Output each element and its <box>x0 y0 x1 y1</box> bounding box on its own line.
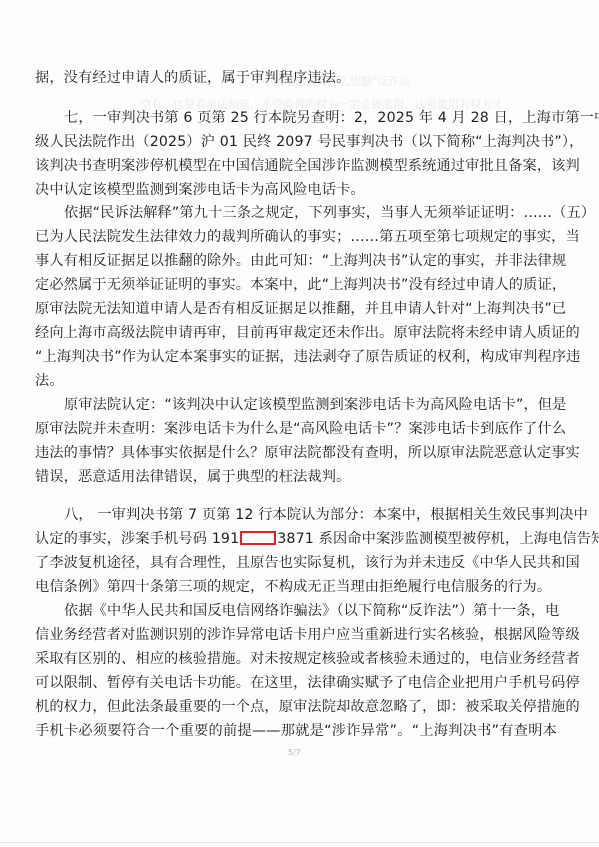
page-number: 5/7 <box>288 748 301 757</box>
text-line: 采取有区别的、相应的核验措施。对未按规定核验或者核验未通过的，电信业务经营者 <box>35 649 557 669</box>
text-line: 原审法院并未查明：案涉电话卡为什么是“高风险电话卡”？案涉电话卡到底作了什么 <box>35 419 557 439</box>
text-line: 手机卡必须要符合一个重要的前提——那就是“涉诈异常”。“上海判决书”有查明本 <box>35 721 557 741</box>
text-line: 依据《中华人民共和国反电信网络诈骗法》（以下简称“反诈法”）第十一条，电 <box>64 601 557 621</box>
text-line: 机的权力，但此法条最重要的一个点，原审法院却故意忽略了，即：被采取关停措施的 <box>35 697 557 717</box>
text-line: 该判决书查明案涉停机模型在中国信通院全国涉诈监测模型系统通过审批且备案，该判 <box>35 156 557 176</box>
text-segment: 认定的事实，涉案手机号码 191 <box>35 531 239 547</box>
text-segment: 3871 系因命中案涉监测模型被停机，上海电信告知 <box>277 531 599 547</box>
text-line: 可以限制、暂停有关电话卡功能。在这里，法律确实赋予了电信企业把用户手机号码停 <box>35 673 557 693</box>
text-line: 经向上海市高级法院申请再审，目前再审裁定还未作出。原审法院将未经申请人质证的 <box>35 323 557 343</box>
text-line: 已为人民法院发生法律效力的裁判所确认的事实；……第五项至第七项规定的事实，当 <box>35 227 557 247</box>
text-line: 七，一审判决书第 6 页第 25 行本院另查明：2，2025 年 4 月 28 … <box>64 108 557 128</box>
text-line: 定必然属于无须举证证明的事实。本案中，此“上海判决书”没有经过申请人的质证， <box>35 275 557 295</box>
page-edge <box>0 842 599 843</box>
text-line: 原审法院无法知道申请人是否有相反证据足以推翻，并且申请人针对“上海判决书”已 <box>35 299 557 319</box>
text-line: 了李波复机途径，具有合理性，且原告也实际复机，该行为并未违反《中华人民共和国 <box>35 553 557 573</box>
text-line-with-redaction: 认定的事实，涉案手机号码 1913871 系因命中案涉监测模型被停机，上海电信告… <box>35 529 557 549</box>
text-line: 事人有相反证据足以推翻的除外。由此可知：“上海判决书”认定的事实，并非法律规 <box>35 251 557 271</box>
text-line: 级人民法院作出（2025）沪 01 民终 2097 号民事判决书（以下简称“上海… <box>35 132 557 152</box>
text-line: 错误，恶意适用法律错误，属于典型的枉法裁判。 <box>35 467 557 487</box>
redaction-box <box>240 531 276 545</box>
text-line: 依据“民诉法解释”第九十三条之规定，下列事实，当事人无须举证证明：……（五） <box>64 203 557 223</box>
text-line: 八， 一审判决书第 7 页第 12 行本院认为部分：本案中，根据相关生效民事判决… <box>64 505 557 525</box>
text-line: 原审法院认定：“该判决中认定该模型监测到案涉电话卡为高风险电话卡”，但是 <box>64 395 557 415</box>
text-line: 信业务经营者对监测识别的涉诈异常电话卡用户应当重新进行实名核验，根据风险等级 <box>35 625 557 645</box>
document-page: “，中国电信又凭什么依据“反诈法 空有，这是看出法知道，不受监督的权力一定会被滥… <box>0 0 599 847</box>
text-line: 决中认定该模型监测到案涉电话卡为高风险电话卡。 <box>35 180 557 200</box>
text-line: 违法的事情？具体事实依据是什么？原审法院都没有查明，所以原审法院恶意认定事实 <box>35 443 557 463</box>
text-line: “上海判决书”作为认定本案事实的证据，违法剥夺了原告质证的权利，构成审判程序违 <box>35 347 557 367</box>
text-line: 电信条例》第四十条第三项的规定，不构成无正当理由拒绝履行电信服务的行为。 <box>35 577 557 597</box>
text-line: 据，没有经过申请人的质证，属于审判程序违法。 <box>35 68 557 88</box>
text-line: 法。 <box>35 371 557 391</box>
